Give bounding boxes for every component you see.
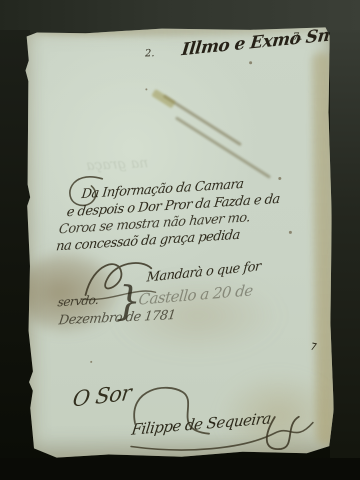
signature-swash-flourish	[125, 412, 325, 458]
backdrop-bottom-strip	[0, 458, 360, 480]
speck	[278, 177, 281, 180]
manuscript-page: na graça Illmo e Exmo Snr 2. 7. Da Infor…	[25, 26, 334, 459]
yellow-smear	[151, 89, 176, 109]
backdrop-right-strip	[330, 30, 360, 480]
dispatch-servido: servdo.	[57, 293, 99, 310]
corner-mark-left: 2.	[145, 48, 155, 59]
corner-mark-right: 7.	[293, 32, 303, 43]
speck	[249, 61, 252, 64]
heading-salutation: Illmo e Exmo Snr	[181, 25, 339, 61]
closing-paraph: O Sor	[71, 380, 132, 411]
speck	[145, 88, 147, 90]
backdrop-left-strip	[0, 30, 30, 480]
smudge-streak-2	[175, 116, 271, 179]
speck	[289, 231, 292, 234]
edge-ink-mark: ⁊	[309, 338, 317, 352]
backdrop-top-band	[0, 0, 360, 32]
speck	[90, 361, 92, 363]
dispatch-date: Dezembro de 1781	[58, 308, 177, 328]
